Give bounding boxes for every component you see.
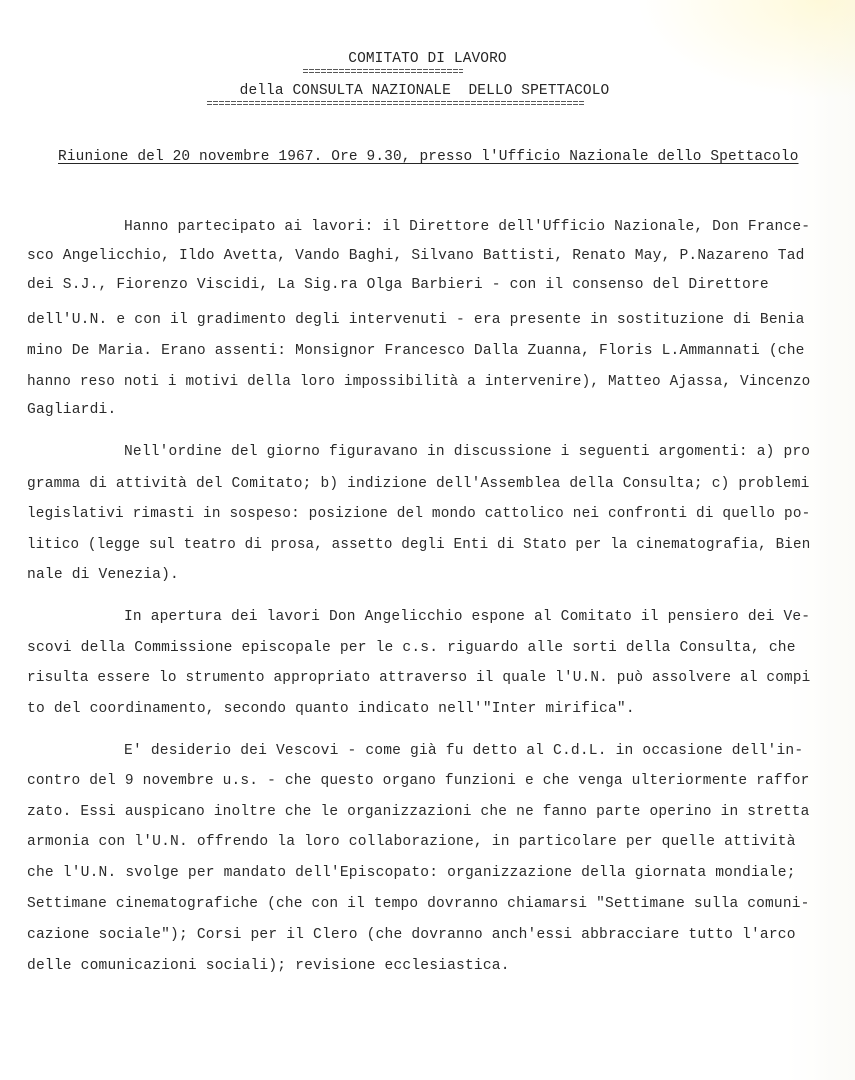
text-line: In apertura dei lavori Don Angelicchio e… <box>124 609 810 625</box>
text-line: gramma di attività del Comitato; b) indi… <box>27 476 810 492</box>
text-line: legislativi rimasti in sospeso: posizion… <box>27 506 810 522</box>
text-line: scovi della Commissione episcopale per l… <box>27 640 796 656</box>
document-subtitle: della CONSULTA NAZIONALE DELLO SPETTACOL… <box>0 83 852 99</box>
document-page: COMITATO DI LAVORO della CONSULTA NAZION… <box>0 0 855 1080</box>
title-double-underline <box>303 69 463 73</box>
text-line: Hanno partecipato ai lavori: il Direttor… <box>124 219 810 235</box>
text-line: zato. Essi auspicano inoltre che le orga… <box>27 804 810 820</box>
subtitle-double-underline <box>207 101 585 105</box>
text-line: risulta essere lo strumento appropriato … <box>27 670 810 686</box>
document-title: COMITATO DI LAVORO <box>0 51 855 67</box>
text-line: E' desiderio dei Vescovi - come già fu d… <box>124 743 803 759</box>
text-line: Gagliardi. <box>27 402 116 418</box>
text-line: sco Angelicchio, Ildo Avetta, Vando Bagh… <box>27 248 805 264</box>
text-line: hanno reso noti i motivi della loro impo… <box>27 374 810 390</box>
text-line: litico (legge sul teatro di prosa, asset… <box>27 537 810 553</box>
text-line: dei S.J., Fiorenzo Viscidi, La Sig.ra Ol… <box>27 277 769 293</box>
meeting-date-line: Riunione del 20 novembre 1967. Ore 9.30,… <box>58 149 799 165</box>
text-line: mino De Maria. Erano assenti: Monsignor … <box>27 343 805 359</box>
text-line: che l'U.N. svolge per mandato dell'Episc… <box>27 865 796 881</box>
text-line: contro del 9 novembre u.s. - che questo … <box>27 773 810 789</box>
text-line: delle comunicazioni sociali); revisione … <box>27 958 510 974</box>
text-line: to del coordinamento, secondo quanto ind… <box>27 701 635 717</box>
text-line: cazione sociale"); Corsi per il Clero (c… <box>27 927 796 943</box>
text-line: nale di Venezia). <box>27 567 179 583</box>
text-line: Settimane cinematografiche (che con il t… <box>27 896 810 912</box>
text-line: armonia con l'U.N. offrendo la loro coll… <box>27 834 796 850</box>
text-line: Nell'ordine del giorno figuravano in dis… <box>124 444 810 460</box>
text-line: dell'U.N. e con il gradimento degli inte… <box>27 312 805 328</box>
